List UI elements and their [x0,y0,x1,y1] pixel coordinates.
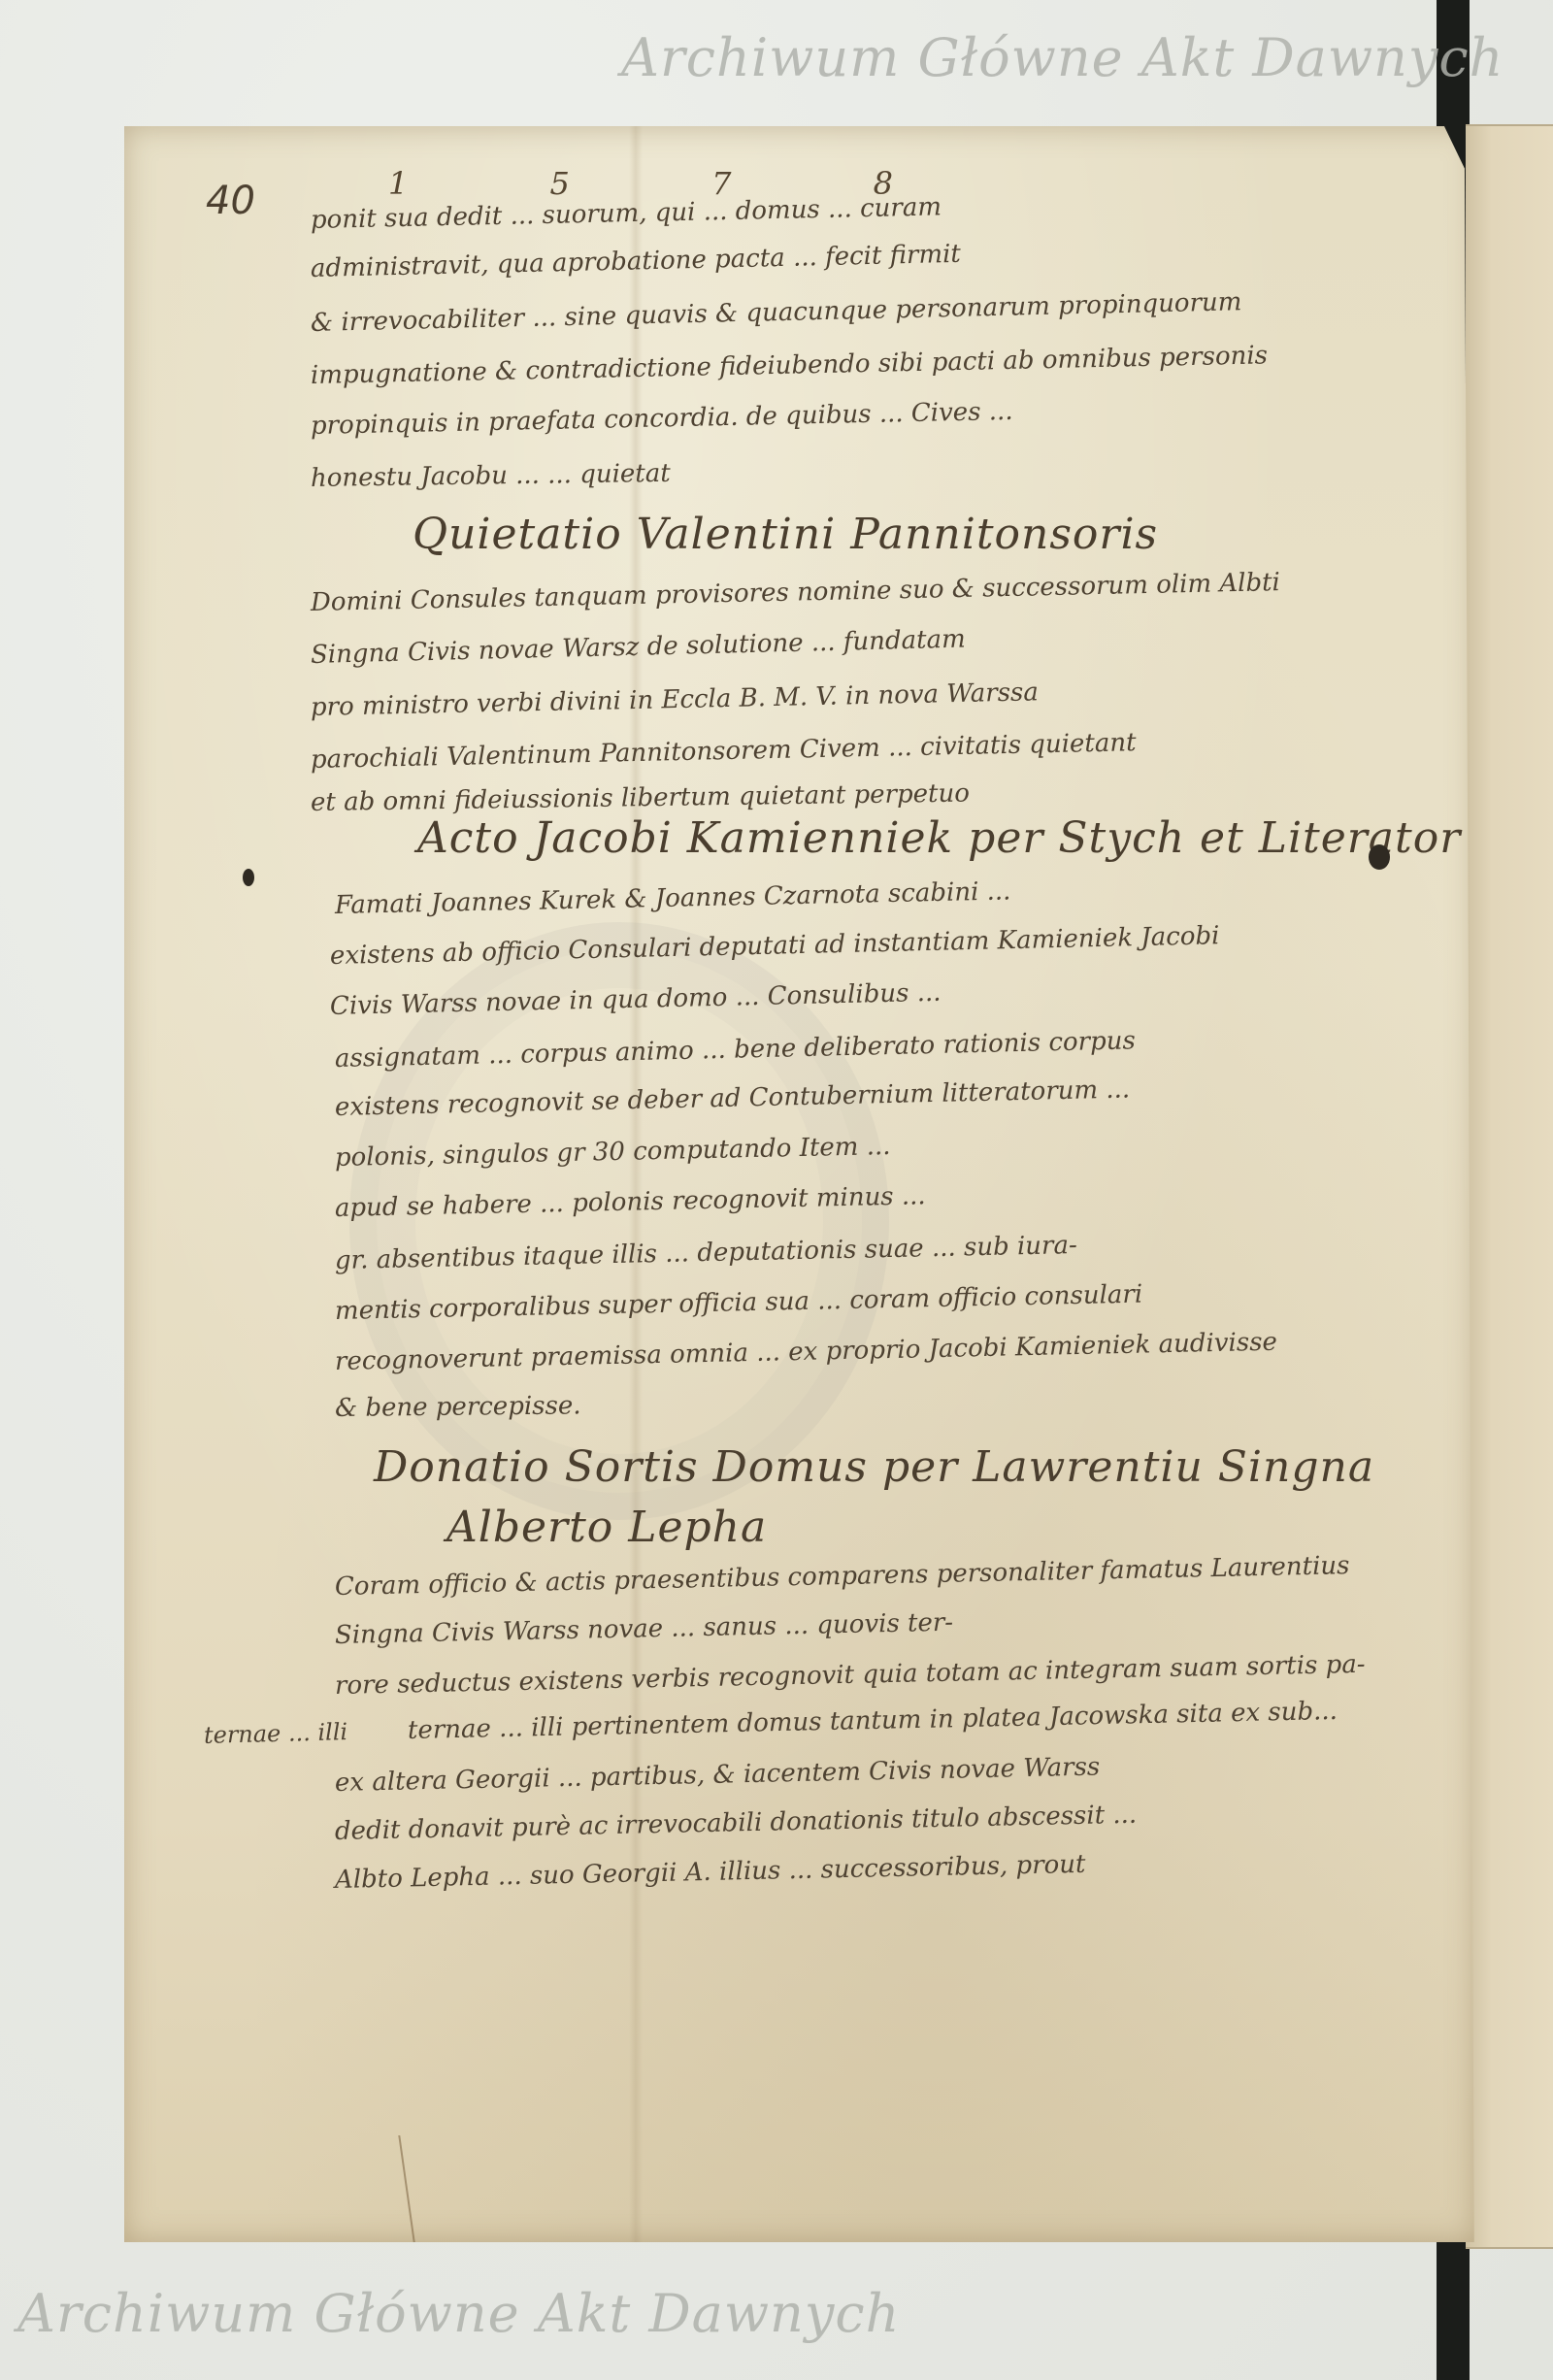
archive-watermark-top: Archiwum Główne Akt Dawnych [621,27,1503,88]
margin-note: ternae ... illi [204,1718,348,1749]
adjacent-page-edge [1466,124,1553,2249]
archive-watermark-bottom: Archiwum Główne Akt Dawnych [17,2283,900,2344]
paper-crack [398,2135,418,2242]
section-subheading: Alberto Lepha [446,1503,767,1552]
text-line: & bene percepisse. [335,1391,581,1423]
section-heading: Quietatio Valentini Pannitonsoris [413,510,1158,559]
section-heading: Acto Jacobi Kamienniek per Stych et Lite… [417,813,1461,863]
text-line: honestu Jacobu ... ... quietat [311,459,671,493]
ink-blot [1369,844,1390,870]
section-heading: Donatio Sortis Domus per Lawrentiu Singn… [374,1442,1374,1492]
year-digit: 1 [388,165,408,202]
folio-number: 40 [206,179,255,223]
ink-blot [243,869,254,886]
year-digit: 5 [550,165,570,202]
